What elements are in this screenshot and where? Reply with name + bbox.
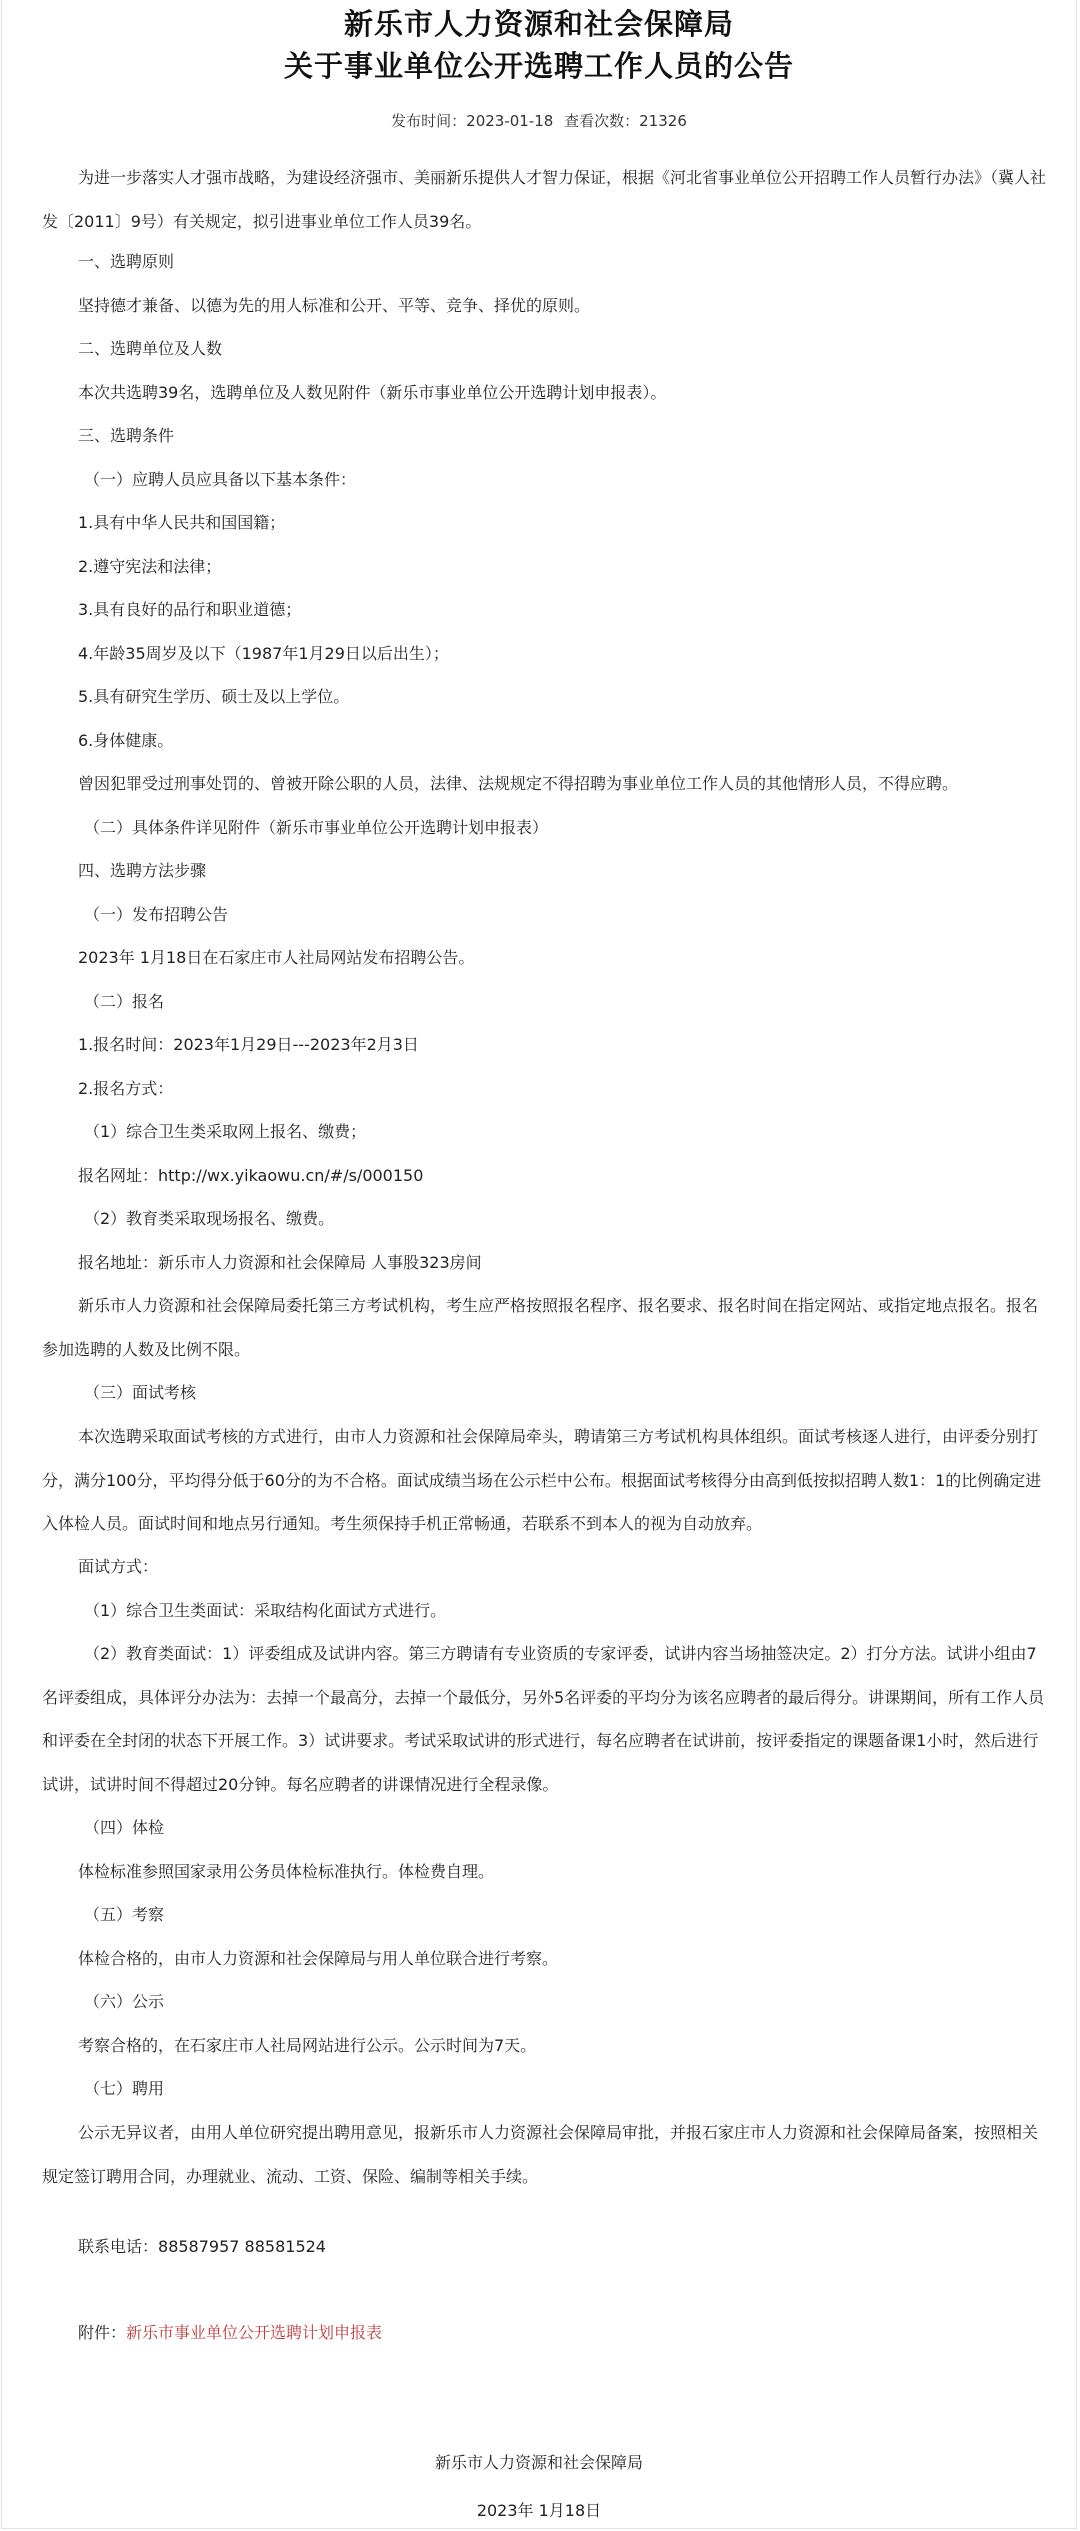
condition-item: 6.身体健康。 (78, 719, 1038, 763)
step-heading-announce: （一）发布招聘公告 (84, 893, 1044, 937)
registration-method-health: （1）综合卫生类采取网上报名、缴费； (84, 1110, 1044, 1154)
employment-text: 公示无异议者，由用人单位研究提出聘用意见，报新乐市人力资源社会保障局审批，并报石… (42, 2111, 1052, 2198)
step-heading-employment: （七）聘用 (84, 2067, 1044, 2111)
units-text: 本次共选聘39名，选聘单位及人数见附件（新乐市事业单位公开选聘计划申报表）。 (78, 371, 1038, 415)
section-heading-steps: 四、选聘方法步骤 (78, 849, 1038, 893)
condition-item: 2.遵守宪法和法律； (78, 545, 1038, 589)
contact-line: 联系电话：88587957 88581524 (78, 2225, 1038, 2269)
inspection-text: 体检合格的，由市人力资源和社会保障局与用人单位联合进行考察。 (78, 1937, 1038, 1981)
conditions-detail-heading: （二）具体条件详见附件（新乐市事业单位公开选聘计划申报表） (84, 806, 1044, 850)
registration-method-heading: 2.报名方式： (78, 1067, 1038, 1111)
views-count: 21326 (639, 112, 687, 130)
publish-date: 2023-01-18 (466, 112, 553, 130)
contact-label: 联系电话： (78, 2237, 158, 2256)
medical-text: 体检标准参照国家录用公务员体检标准执行。体检费自理。 (78, 1850, 1038, 1894)
attachment-label: 附件： (78, 2323, 126, 2342)
publish-label: 发布时间： (391, 112, 466, 130)
registration-time: 1.报名时间：2023年1月29日---2023年2月3日 (78, 1023, 1038, 1067)
condition-item: 5.具有研究生学历、硕士及以上学位。 (78, 675, 1038, 719)
interview-text: 本次选聘采取面试考核的方式进行，由市人力资源和社会保障局牵头，聘请第三方考试机构… (42, 1415, 1052, 1546)
step-heading-medical: （四）体检 (84, 1806, 1044, 1850)
intro-paragraph: 为进一步落实人才强市战略，为建设经济强市、美丽新乐提供人才智力保证，根据《河北省… (42, 156, 1052, 243)
views-label: 查看次数： (564, 112, 639, 130)
attachment-link[interactable]: 新乐市事业单位公开选聘计划申报表 (126, 2323, 382, 2342)
interview-method-heading: 面试方式： (78, 1545, 1038, 1589)
interview-method-education: （2）教育类面试：1）评委组成及试讲内容。第三方聘请有专业资质的专家评委，试讲内… (42, 1632, 1052, 1806)
footer-issuer: 新乐市人力资源和社会保障局 (2, 2450, 1076, 2473)
condition-item: 3.具有良好的品行和职业道德； (78, 588, 1038, 632)
step-heading-registration: （二）报名 (84, 980, 1044, 1024)
publicity-text: 考察合格的，在石家庄市人社局网站进行公示。公示时间为7天。 (78, 2024, 1038, 2068)
section-heading-conditions: 三、选聘条件 (78, 414, 1038, 458)
attachment-line: 附件：新乐市事业单位公开选聘计划申报表 (78, 2311, 1038, 2355)
registration-note: 新乐市人力资源和社会保障局委托第三方考试机构，考生应严格按照报名程序、报名要求、… (42, 1284, 1052, 1371)
condition-item: 1.具有中华人民共和国国籍； (78, 501, 1038, 545)
exclusion-text: 曾因犯罪受过刑事处罚的、曾被开除公职的人员，法律、法规规定不得招聘为事业单位工作… (78, 762, 1038, 806)
step-heading-inspection: （五）考察 (84, 1893, 1044, 1937)
step-heading-interview: （三）面试考核 (84, 1371, 1044, 1415)
announcement-page: 新乐市人力资源和社会保障局 关于事业单位公开选聘工作人员的公告 发布时间：202… (1, 0, 1077, 2529)
step-heading-publicity: （六）公示 (84, 1980, 1044, 2024)
page-title-subject: 关于事业单位公开选聘工作人员的公告 (2, 52, 1076, 81)
announce-text: 2023年 1月18日在石家庄市人社局网站发布招聘公告。 (78, 936, 1038, 980)
contact-phones: 88587957 88581524 (158, 2237, 326, 2256)
principles-text: 坚持德才兼备、以德为先的用人标准和公开、平等、竞争、择优的原则。 (78, 284, 1038, 328)
page-title-issuer: 新乐市人力资源和社会保障局 (2, 10, 1076, 39)
registration-url: 报名网址：http://wx.yikaowu.cn/#/s/000150 (78, 1154, 1038, 1198)
registration-address: 报名地址：新乐市人力资源和社会保障局 人事股323房间 (78, 1241, 1038, 1285)
interview-method-health: （1）综合卫生类面试：采取结构化面试方式进行。 (84, 1589, 1044, 1633)
section-heading-units: 二、选聘单位及人数 (78, 327, 1038, 371)
publish-meta: 发布时间：2023-01-18 查看次数：21326 (2, 110, 1076, 131)
conditions-basic-heading: （一）应聘人员应具备以下基本条件： (84, 458, 1044, 502)
section-heading-principles: 一、选聘原则 (78, 240, 1038, 284)
registration-method-education: （2）教育类采取现场报名、缴费。 (84, 1197, 1044, 1241)
footer-date: 2023年 1月18日 (2, 2498, 1076, 2521)
condition-item: 4.年龄35周岁及以下（1987年1月29日以后出生）； (78, 632, 1038, 676)
